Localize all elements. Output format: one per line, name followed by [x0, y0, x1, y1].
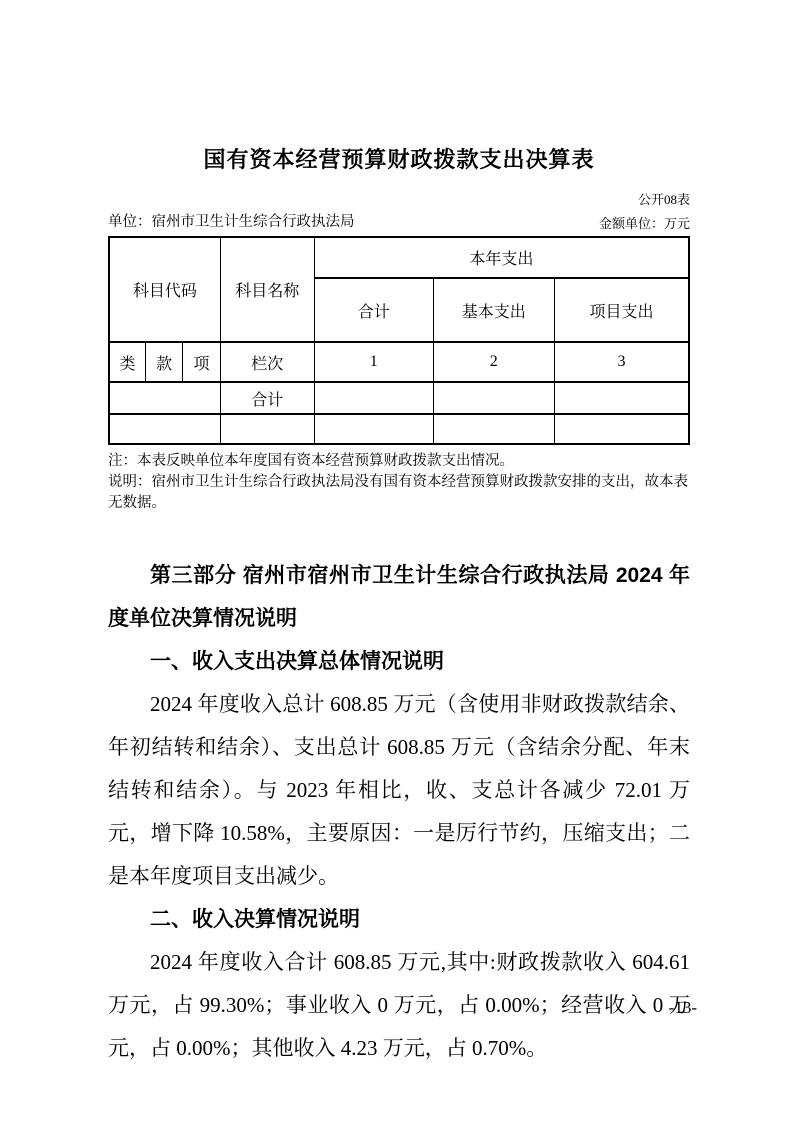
- cell-code: [109, 382, 220, 414]
- expenditure-table: 科目代码 科目名称 本年支出 合计 基本支出 项目支出 类 款 项 栏次 1 2…: [108, 236, 690, 445]
- subheader-column-label: 栏次: [220, 342, 314, 382]
- header-project-expenditure: 项目支出: [554, 278, 689, 342]
- cell-total: [314, 382, 433, 414]
- subsection2-heading: 二、收入决算情况说明: [108, 898, 690, 941]
- header-current-year-expenditure: 本年支出: [314, 237, 689, 278]
- cell-name: [220, 414, 314, 444]
- header-total: 合计: [314, 278, 433, 342]
- subheader-col-1: 1: [314, 342, 433, 382]
- table-note: 注：本表反映单位本年度国有资本经营预算财政拨款支出情况。: [108, 451, 690, 472]
- table-row-total: 合计: [109, 382, 689, 414]
- table-header-row-1: 科目代码 科目名称 本年支出: [109, 237, 689, 278]
- unit-label: 单位：宿州市卫生计生综合行政执法局: [108, 214, 355, 231]
- cell-project: [554, 382, 689, 414]
- unit-row: 单位：宿州市卫生计生综合行政执法局 金额单位：万元: [108, 214, 690, 231]
- amount-unit-label: 金额单位：万元: [599, 216, 690, 231]
- subsection1-paragraph: 2024 年度收入总计 608.85 万元（含使用非财政拨款结余、年初结转和结余…: [108, 683, 690, 898]
- subsection1-heading: 一、收入支出决算总体情况说明: [108, 640, 690, 683]
- page-title: 国有资本经营预算财政拨款支出决算表: [108, 0, 690, 172]
- cell-code: [109, 414, 220, 444]
- table-row-empty: [109, 414, 689, 444]
- section3-heading: 第三部分 宿州市宿州市卫生计生综合行政执法局 2024 年度单位决算情况说明: [108, 554, 690, 640]
- cell-total: [314, 414, 433, 444]
- subheader-col-2: 2: [433, 342, 554, 382]
- cell-basic: [433, 382, 554, 414]
- table-explanation: 说明：宿州市卫生计生综合行政执法局没有国有资本经营预算财政拨款安排的支出，故本表…: [108, 472, 690, 514]
- header-basic-expenditure: 基本支出: [433, 278, 554, 342]
- cell-name: 合计: [220, 382, 314, 414]
- page-content: 国有资本经营预算财政拨款支出决算表 公开08表 单位：宿州市卫生计生综合行政执法…: [108, 0, 690, 1070]
- subheader-col-3: 3: [554, 342, 689, 382]
- subheader-class: 类: [109, 342, 146, 382]
- cell-project: [554, 414, 689, 444]
- header-subject-name: 科目名称: [220, 237, 314, 342]
- page-number: -13-: [669, 998, 697, 1018]
- subheader-item: 项: [183, 342, 221, 382]
- header-subject-code: 科目代码: [109, 237, 220, 342]
- table-subheader-row: 类 款 项 栏次 1 2 3: [109, 342, 689, 382]
- document-page: 国有资本经营预算财政拨款支出决算表 公开08表 单位：宿州市卫生计生综合行政执法…: [0, 0, 793, 1122]
- cell-basic: [433, 414, 554, 444]
- table-code-label: 公开08表: [108, 193, 690, 207]
- subheader-fund: 款: [146, 342, 183, 382]
- subsection2-paragraph: 2024 年度收入合计 608.85 万元,其中:财政拨款收入 604.61 万…: [108, 941, 690, 1070]
- table-notes: 注：本表反映单位本年度国有资本经营预算财政拨款支出情况。 说明：宿州市卫生计生综…: [108, 451, 690, 514]
